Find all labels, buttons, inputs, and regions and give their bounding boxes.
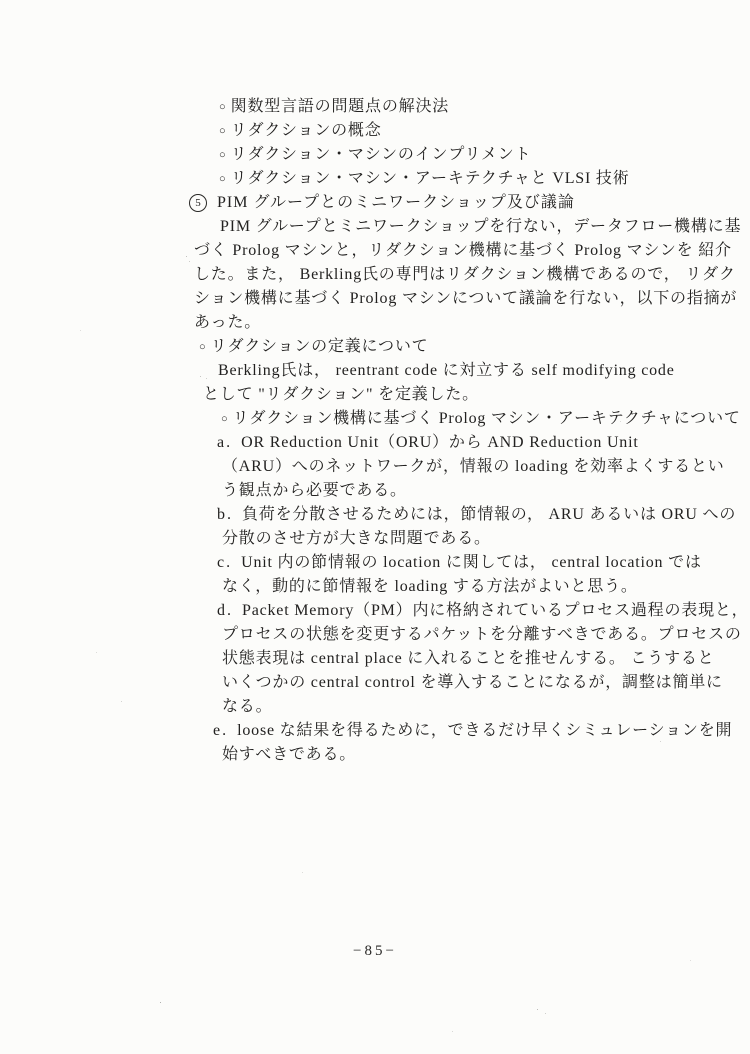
section-title: PIM グループとのミニワークショップ及び議論 bbox=[217, 194, 575, 211]
bullet-item: ○関数型言語の問題点の解決法 bbox=[219, 95, 724, 119]
list-item-label: c. bbox=[217, 551, 232, 575]
circle-bullet-icon: ○ bbox=[221, 407, 228, 431]
scanned-document-page: ○関数型言語の問題点の解決法 ○リダクションの概念 ○リダクション・マシンのイン… bbox=[0, 0, 750, 1054]
bullet-text: リダクションの定義について bbox=[211, 338, 429, 355]
list-item-label: e. bbox=[213, 719, 228, 743]
document-body: ○関数型言語の問題点の解決法 ○リダクションの概念 ○リダクション・マシンのイン… bbox=[194, 95, 724, 767]
circle-bullet-icon: ○ bbox=[199, 335, 206, 359]
list-item-continuation: プロセスの状態を変更するパケットを分離すべきである。プロセスの bbox=[222, 623, 724, 647]
bullet-text: 関数型言語の問題点の解決法 bbox=[231, 98, 449, 115]
bullet-item: ○リダクション・マシン・アーキテクチャと VLSI 技術 bbox=[219, 167, 724, 191]
list-item-continuation: 分散のさせ方が大きな問題である。 bbox=[222, 527, 724, 551]
bullet-item: ○リダクションの定義について bbox=[199, 335, 724, 359]
list-item-e: e.loose な結果を得るために，できるだけ早くシミュレーションを開 bbox=[213, 719, 724, 743]
scan-noise-speckles bbox=[0, 0, 1, 1]
paragraph-line: した。また， Berkling氏の専門はリダクション機構であるので， リダク bbox=[194, 263, 724, 287]
list-item-continuation: （ARU）へのネットワークが，情報の loading を効率よくするとい bbox=[222, 455, 724, 479]
circle-bullet-icon: ○ bbox=[219, 143, 226, 167]
list-item-continuation: いくつかの central control を導入することになるが，調整は簡単に bbox=[222, 671, 724, 695]
list-item-continuation: う観点から必要である。 bbox=[222, 479, 724, 503]
bullet-item: ○リダクション機構に基づく Prolog マシン・アーキテクチャについて bbox=[221, 407, 724, 431]
list-item-label: a. bbox=[217, 431, 232, 455]
bullet-text: リダクション・マシンのインプリメント bbox=[231, 146, 532, 163]
circled-number-icon: 5 bbox=[189, 194, 207, 212]
list-item-b: b.負荷を分散させるためには，節情報の， ARU あるいは ORU への bbox=[217, 503, 724, 527]
list-item-d: d.Packet Memory（PM）内に格納されているプロセス過程の表現と， bbox=[217, 599, 724, 623]
list-item-c: c.Unit 内の節情報の location に関しては， central lo… bbox=[217, 551, 724, 575]
paragraph-line: PIM グループとミニワークショップを行ない，データフロー機構に基 bbox=[220, 215, 724, 239]
circle-bullet-icon: ○ bbox=[219, 119, 226, 143]
paragraph-line: づく Prolog マシンと，リダクション機構に基づく Prolog マシンを … bbox=[194, 239, 724, 263]
paragraph-line: として "リダクション" を定義した。 bbox=[203, 383, 724, 407]
section-heading: 5PIM グループとのミニワークショップ及び議論 bbox=[189, 191, 724, 215]
paragraph-line: あった。 bbox=[194, 311, 724, 335]
list-item-continuation: なく，動的に節情報を loading する方法がよいと思う。 bbox=[222, 575, 724, 599]
list-item-label: b. bbox=[217, 503, 233, 527]
bullet-text: リダクション・マシン・アーキテクチャと VLSI 技術 bbox=[231, 170, 630, 187]
bullet-item: ○リダクションの概念 bbox=[219, 119, 724, 143]
bullet-item: ○リダクション・マシンのインプリメント bbox=[219, 143, 724, 167]
bullet-text: リダクション機構に基づく Prolog マシン・アーキテクチャについて bbox=[233, 410, 741, 427]
paragraph-line: Berkling氏は， reentrant code に対立する self mo… bbox=[218, 359, 724, 383]
page-number: −85− bbox=[0, 941, 750, 961]
paragraph-line: ション機構に基づく Prolog マシンについて議論を行ない，以下の指摘が bbox=[194, 287, 724, 311]
circle-bullet-icon: ○ bbox=[219, 167, 226, 191]
list-item-label: d. bbox=[217, 599, 233, 623]
bullet-text: リダクションの概念 bbox=[231, 122, 382, 139]
list-item-continuation: 状態表現は central place に入れることを推せんする。 こうすると bbox=[222, 647, 724, 671]
list-item-continuation: なる。 bbox=[222, 695, 724, 719]
circle-bullet-icon: ○ bbox=[219, 95, 226, 119]
list-item-continuation: 始すべきである。 bbox=[222, 743, 724, 767]
list-item-a: a.OR Reduction Unit（ORU）から AND Reduction… bbox=[217, 431, 724, 455]
